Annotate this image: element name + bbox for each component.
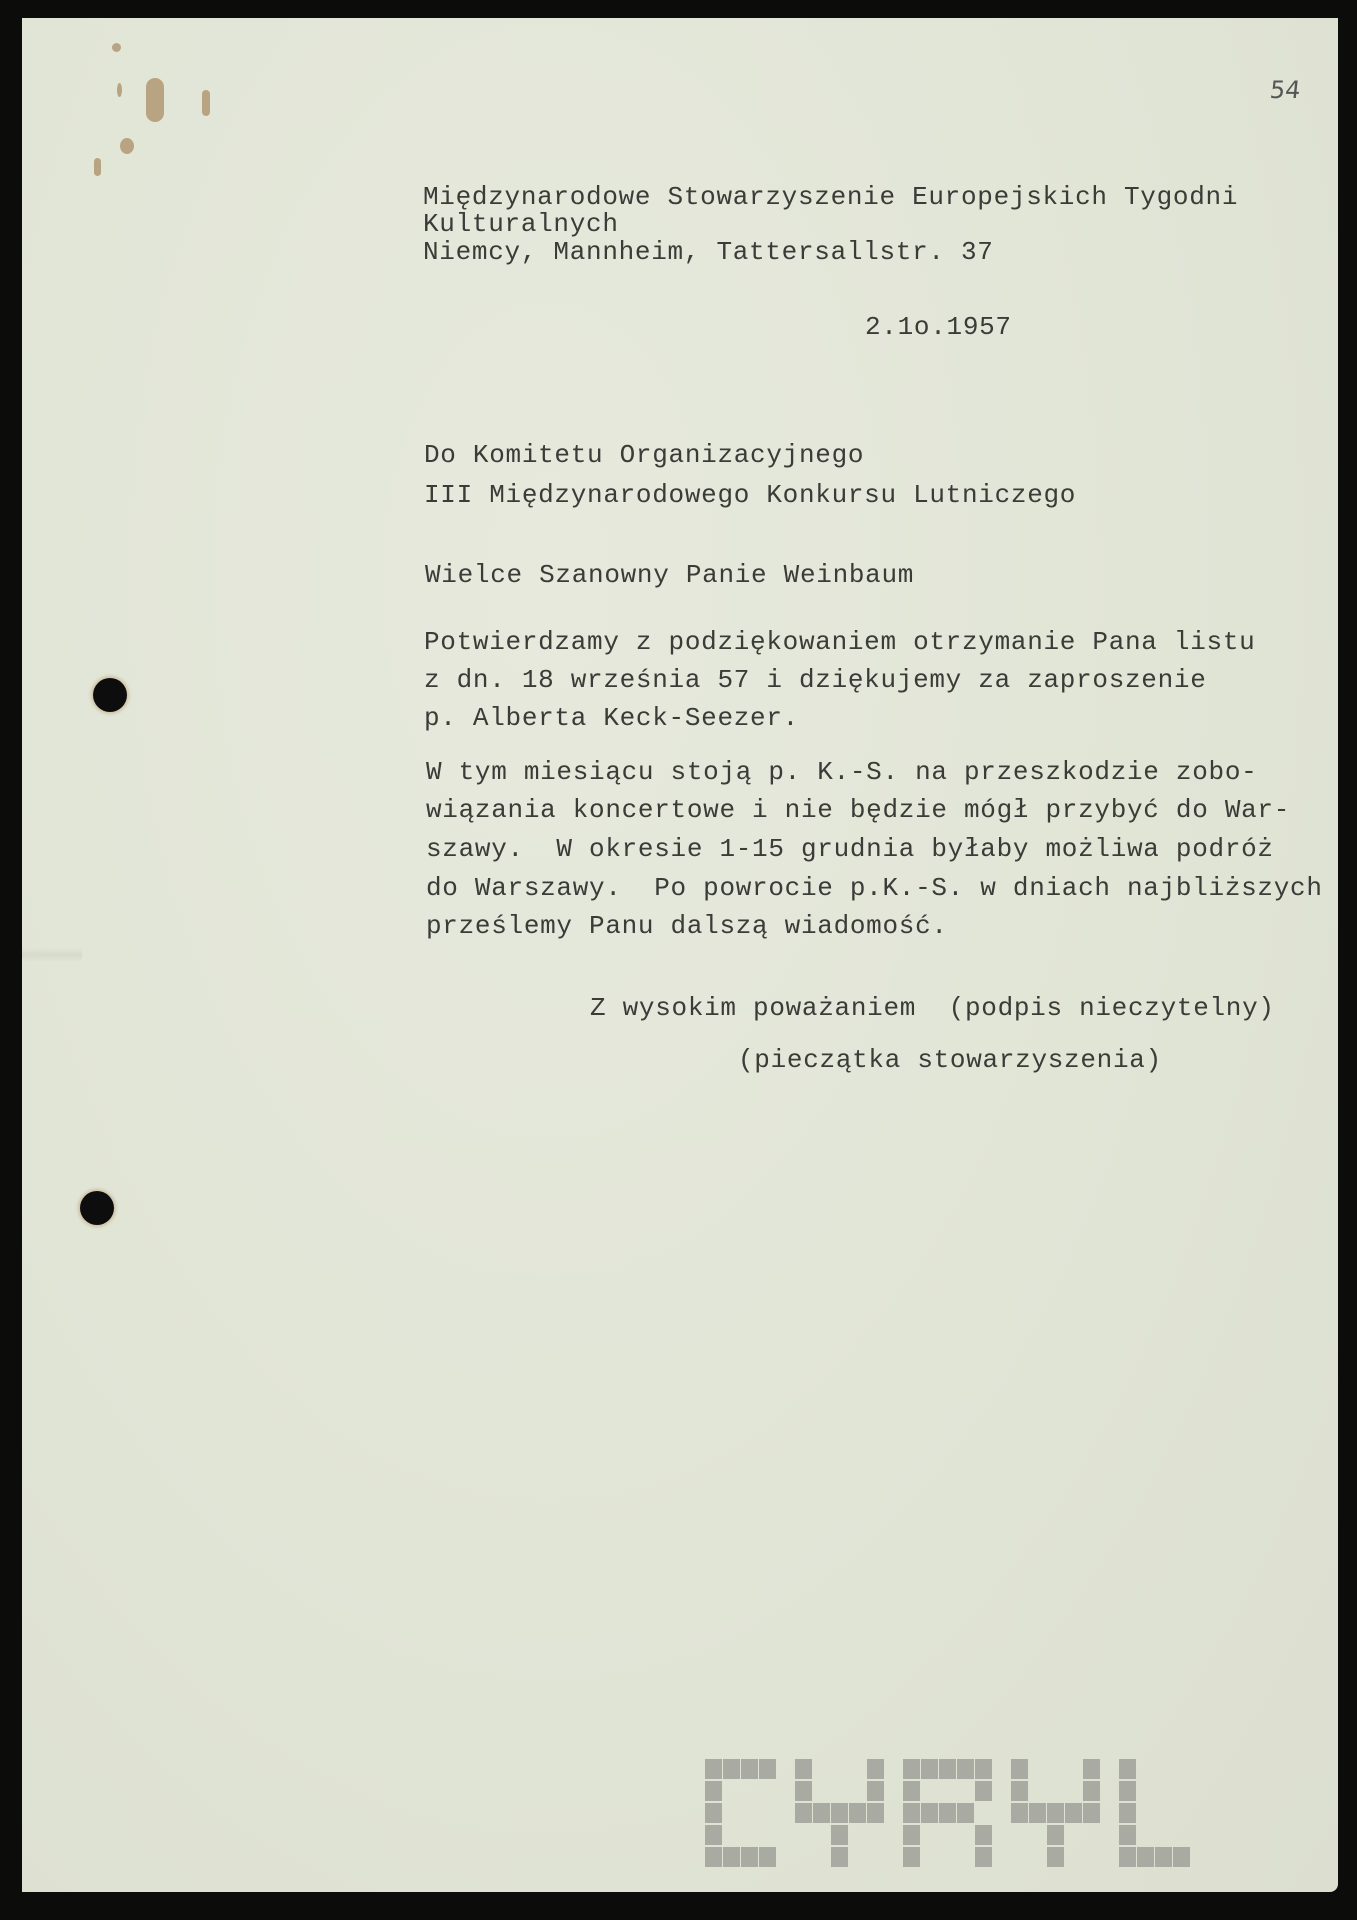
logo-cell (1011, 1759, 1028, 1779)
body-line: do Warszawy. Po powrocie p.K.-S. w dniac… (426, 875, 1323, 901)
logo-cell (1083, 1759, 1100, 1779)
logo-cell (975, 1759, 992, 1779)
logo-cell (921, 1803, 938, 1823)
logo-cell (723, 1847, 740, 1867)
document-page: 54 (22, 18, 1338, 1892)
logo-cell (759, 1759, 776, 1779)
logo-cell (1083, 1803, 1100, 1823)
logo-cell (867, 1803, 884, 1823)
stain-mark (202, 90, 210, 116)
logo-cell (867, 1781, 884, 1801)
logo-cell (705, 1759, 722, 1779)
logo-cell (903, 1803, 920, 1823)
body-line: p. Alberta Keck-Seezer. (424, 705, 799, 731)
body-line: wiązania koncertowe i nie będzie mógł pr… (426, 797, 1290, 823)
salutation: Wielce Szanowny Panie Weinbaum (425, 562, 914, 588)
logo-cell (1119, 1825, 1136, 1845)
logo-cell (939, 1803, 956, 1823)
logo-cell (939, 1759, 956, 1779)
logo-cell (705, 1825, 722, 1845)
logo-cell (1083, 1781, 1100, 1801)
body-line: Potwierdzamy z podziękowaniem otrzymanie… (424, 629, 1255, 655)
logo-cell (1119, 1781, 1136, 1801)
logo-cell (1119, 1847, 1136, 1867)
stain-mark (146, 78, 164, 122)
stain-mark (120, 138, 134, 154)
logo-cell (1011, 1803, 1028, 1823)
stamp-note: (pieczątka stowarzyszenia) (738, 1047, 1162, 1073)
stain-mark (117, 83, 122, 97)
logo-cell (849, 1803, 866, 1823)
letter-date: 2.1o.1957 (865, 314, 1012, 340)
logo-cell (795, 1759, 812, 1779)
logo-cell (1065, 1803, 1082, 1823)
logo-cell (723, 1759, 740, 1779)
page-number: 54 (1269, 76, 1302, 104)
recipient-line: III Międzynarodowego Konkursu Lutniczego (424, 482, 1076, 508)
body-line: prześlemy Panu dalszą wiadomość. (426, 913, 948, 939)
logo-cell (741, 1759, 758, 1779)
logo-cell (921, 1759, 938, 1779)
logo-cell (957, 1759, 974, 1779)
logo-cell (1137, 1847, 1154, 1867)
logo-cell (1047, 1847, 1064, 1867)
logo-cell (1119, 1803, 1136, 1823)
sender-line: Kulturalnych (423, 211, 619, 237)
logo-cell (1047, 1825, 1064, 1845)
logo-cell (903, 1759, 920, 1779)
logo-cell (867, 1759, 884, 1779)
logo-cell (705, 1847, 722, 1867)
logo-cell (705, 1803, 722, 1823)
logo-cell (975, 1847, 992, 1867)
logo-cell (831, 1803, 848, 1823)
logo-cell (1011, 1781, 1028, 1801)
sender-line: Niemcy, Mannheim, Tattersallstr. 37 (423, 239, 994, 265)
punch-hole (80, 1191, 114, 1225)
punch-hole (93, 678, 127, 712)
logo-cell (831, 1825, 848, 1845)
logo-cell (795, 1781, 812, 1801)
logo-cell (1119, 1759, 1136, 1779)
logo-cell (975, 1825, 992, 1845)
body-line: W tym miesiącu stoją p. K.-S. na przeszk… (426, 759, 1257, 785)
logo-cell (795, 1803, 812, 1823)
logo-cell (1029, 1803, 1046, 1823)
stain-mark (94, 158, 101, 176)
body-line: szawy. W okresie 1-15 grudnia byłaby moż… (426, 836, 1274, 862)
body-line: z dn. 18 września 57 i dziękujemy za zap… (424, 667, 1207, 693)
logo-cell (741, 1847, 758, 1867)
logo-cell (705, 1781, 722, 1801)
logo-cell (1155, 1847, 1172, 1867)
logo-cell (903, 1781, 920, 1801)
paper-crease (22, 948, 82, 962)
logo-cell (957, 1803, 974, 1823)
logo-cell (759, 1847, 776, 1867)
stain-mark (112, 43, 121, 52)
logo-cell (1173, 1847, 1190, 1867)
logo-cell (903, 1825, 920, 1845)
logo-cell (903, 1847, 920, 1867)
logo-cell (1047, 1803, 1064, 1823)
closing-line: Z wysokim poważaniem (podpis nieczytelny… (590, 995, 1275, 1021)
sender-line: Międzynarodowe Stowarzyszenie Europejski… (423, 184, 1238, 210)
logo-cell (975, 1781, 992, 1801)
recipient-line: Do Komitetu Organizacyjnego (424, 442, 864, 468)
logo-cell (831, 1847, 848, 1867)
logo-cell (813, 1803, 830, 1823)
